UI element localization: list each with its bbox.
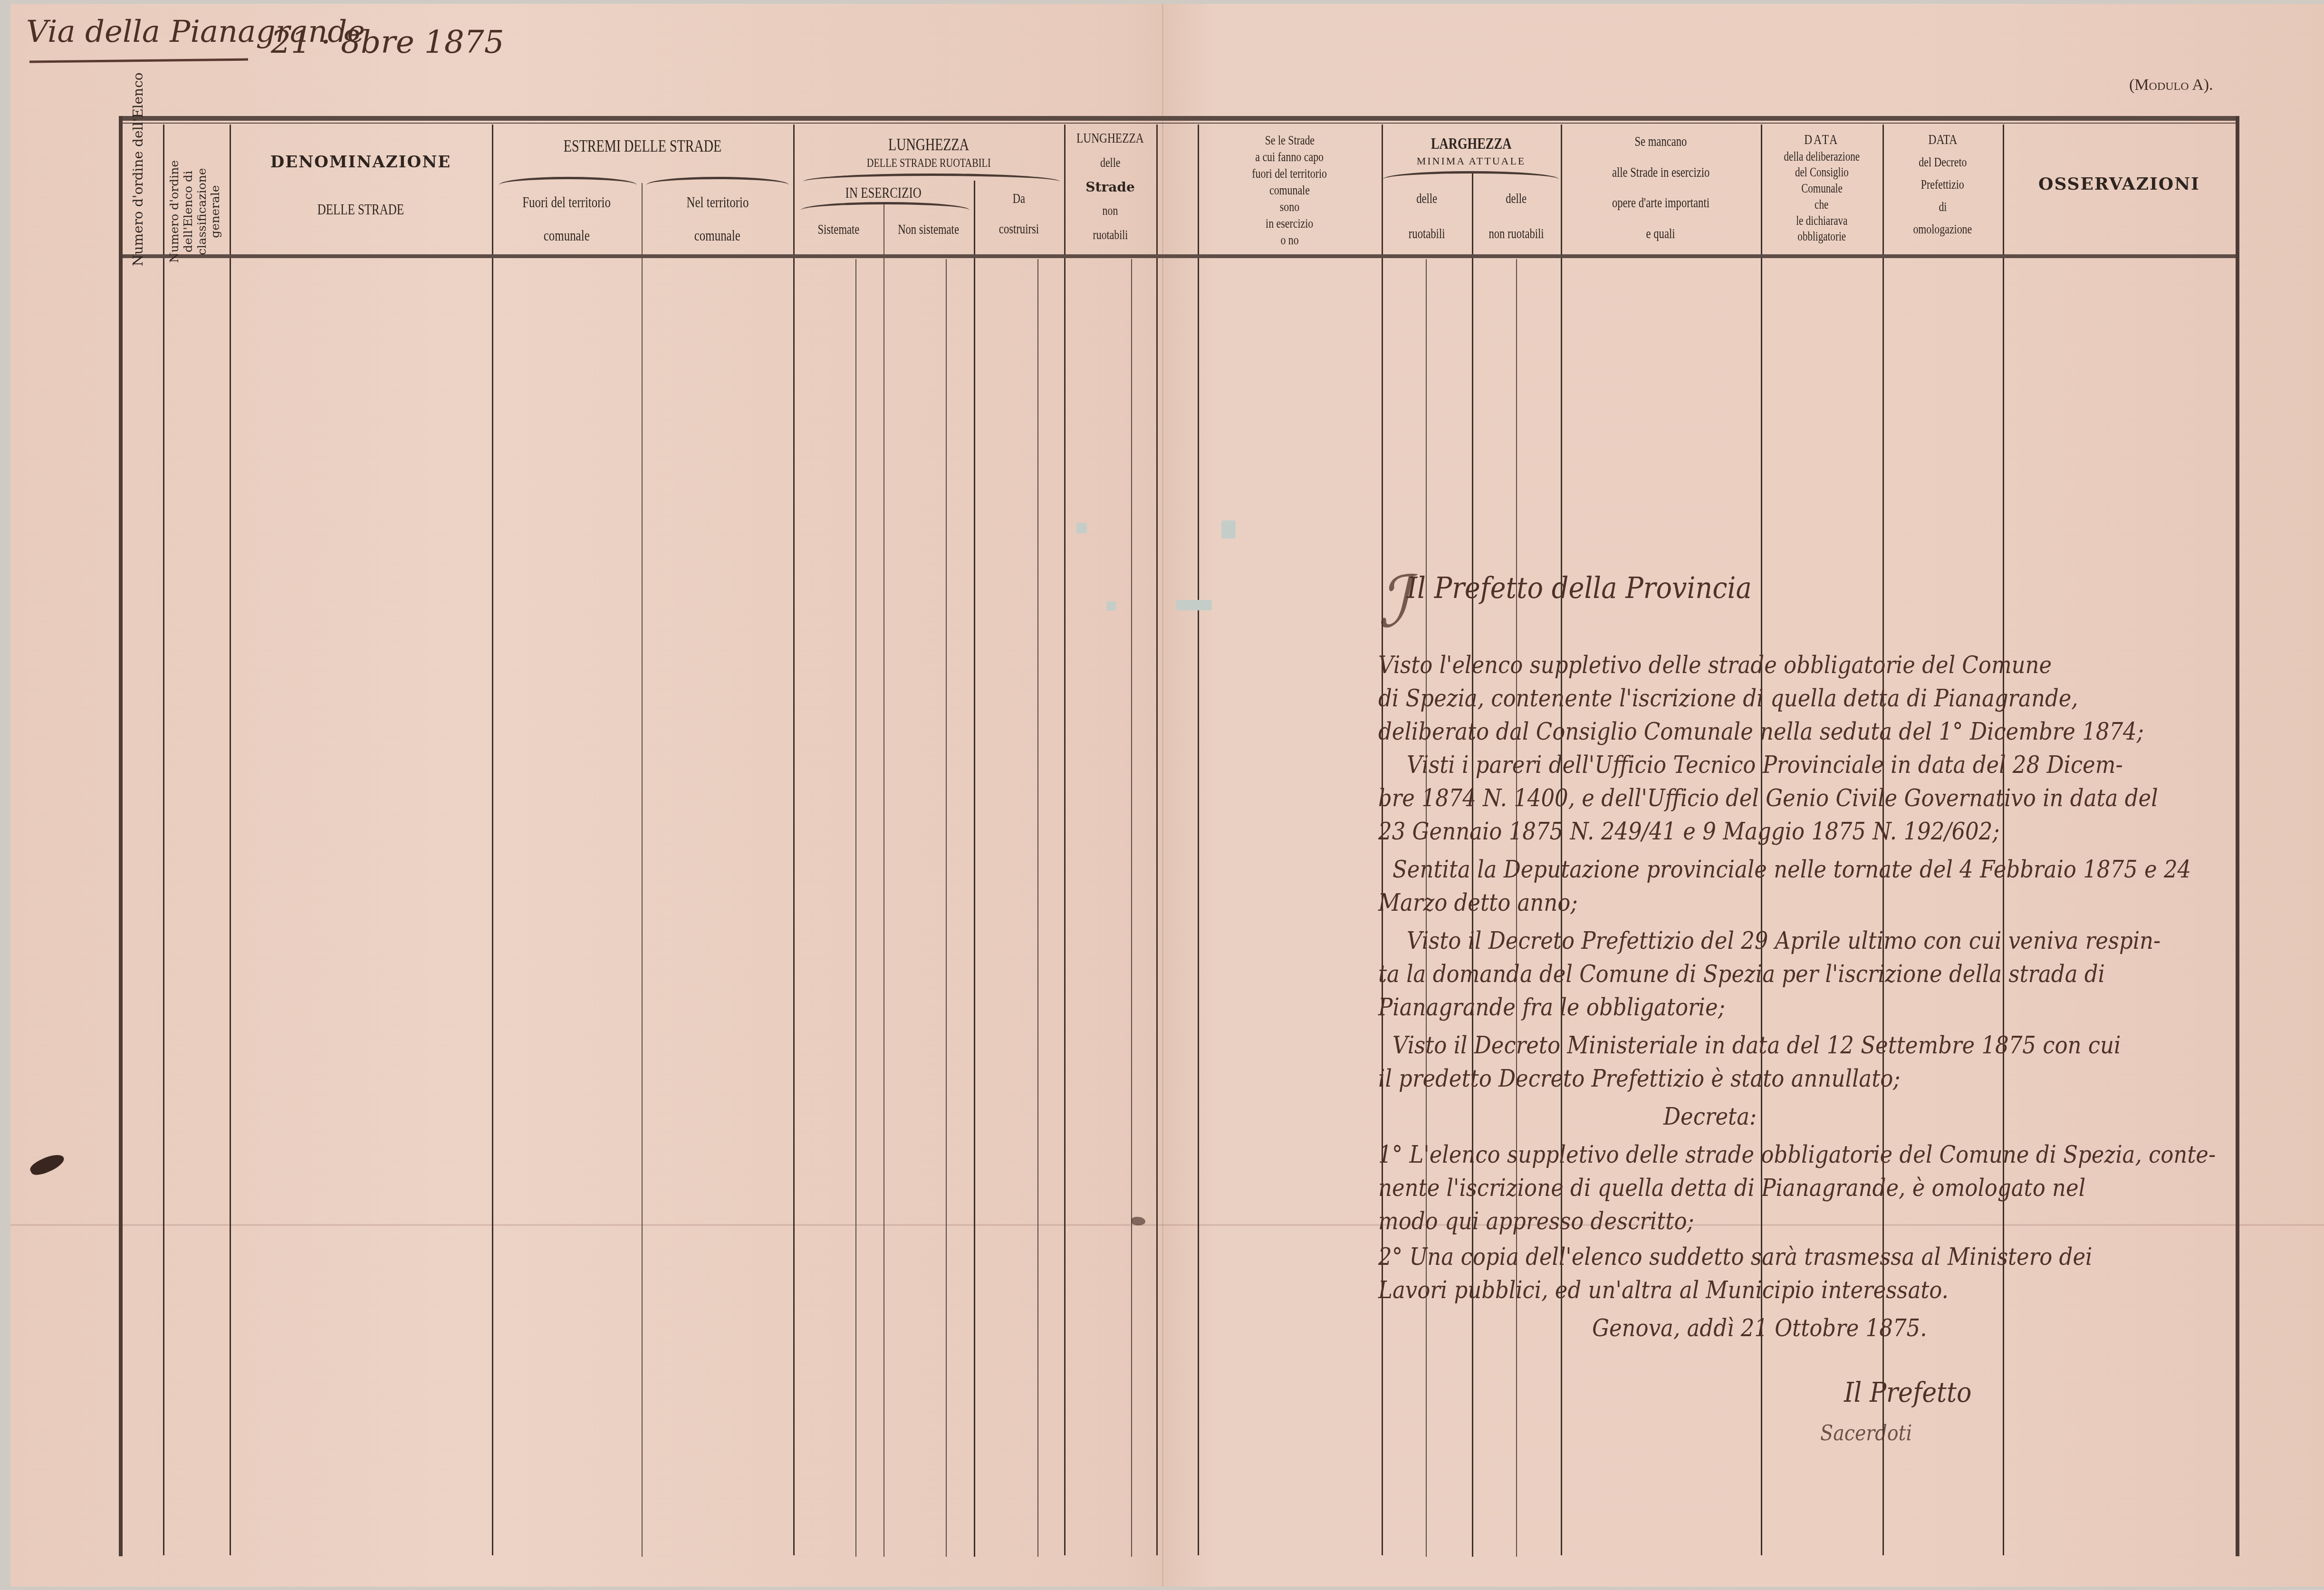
decree-line: 2° Una copia dell'elenco suddetto sarà t… — [1378, 1243, 2092, 1271]
header-estremi-fuori: Fuori del territorio comunale — [492, 193, 642, 245]
column-subrule — [855, 259, 856, 1557]
center-fold — [1162, 4, 1163, 1587]
header-label: delle — [1100, 154, 1120, 171]
header-label: opere d'arte importanti — [1612, 194, 1709, 212]
column-rule — [793, 125, 795, 1555]
decree-line: Visto l'elenco suppletivo delle strade o… — [1378, 651, 2052, 679]
signature-title: Il Prefetto — [1844, 1376, 1971, 1408]
header-larghezza-ruotabili: delle ruotabili — [1382, 190, 1472, 242]
header-label: delle — [1506, 190, 1527, 207]
header-se-le-strade: Se le Strade a cui fanno capo fuori del … — [1198, 132, 1382, 241]
decree-line: di Spezia, contenente l'iscrizione di qu… — [1378, 684, 2078, 712]
decree-line: bre 1874 N. 1400, e dell'Ufficio del Gen… — [1378, 784, 2158, 812]
header-label: DENOMINAZIONE — [270, 152, 451, 173]
header-label: ESTREMI DELLE STRADE — [564, 135, 721, 157]
header-estremi-nel: Nel territorio comunale — [642, 193, 793, 245]
header-denominazione: DENOMINAZIONE — [230, 152, 492, 173]
header-label: della deliberazione — [1784, 149, 1860, 165]
header-label: DELLE STRADE RUOTABILI — [867, 155, 991, 171]
header-label: sono — [1280, 199, 1299, 215]
date-annotation: 21 · 8bre 1875 — [271, 24, 504, 60]
header-bottom-rule — [123, 254, 2236, 258]
header-data-decreto: DATA del Decreto Prefettizio di omologaz… — [1882, 131, 2003, 238]
decree-line: 23 Gennaio 1875 N. 249/41 e 9 Maggio 187… — [1378, 818, 1999, 845]
header-label: Se le Strade — [1265, 132, 1314, 149]
decree-line: Visto il Decreto Ministeriale in data de… — [1392, 1031, 2121, 1059]
header-label: di — [1939, 199, 1947, 215]
paper-damage — [1176, 600, 1212, 610]
header-label: Strade — [1085, 179, 1134, 195]
header-larghezza-non-ruotabili: delle non ruotabili — [1472, 190, 1561, 242]
decree-heading: Il Prefetto della Provincia — [1407, 570, 1752, 605]
decree-line: deliberato dal Consiglio Comunale nella … — [1378, 718, 2144, 745]
header-label: omologazione — [1913, 221, 1972, 238]
header-label: DATA — [1928, 131, 1957, 149]
header-da-costruirsi: Da costruirsi — [974, 190, 1064, 238]
table-border-right — [2236, 116, 2239, 1556]
header-label: Sistemate — [817, 221, 859, 238]
decree-line: nente l'iscrizione di quella detta di Pi… — [1378, 1174, 2085, 1202]
header-non-sistemate: Non sistemate — [884, 221, 974, 238]
header-estremi: ESTREMI DELLE STRADE — [492, 135, 793, 157]
column-subrule — [1037, 259, 1038, 1557]
header-label: Da — [1013, 190, 1025, 207]
paper-damage — [1076, 523, 1087, 533]
decree-line: 1° L'elenco suppletivo delle strade obbl… — [1378, 1141, 2216, 1168]
decree-place-date: Genova, addì 21 Ottobre 1875. — [1592, 1314, 1927, 1342]
header-label: che — [1815, 197, 1828, 213]
header-label: del Decreto — [1919, 154, 1967, 171]
column-rule — [1064, 125, 1066, 1555]
header-label: ruotabili — [1093, 227, 1128, 243]
header-label: del Consiglio — [1795, 164, 1849, 181]
header-denominazione-sub: DELLE STRADE — [230, 200, 492, 219]
module-label: (Modulo A). — [2129, 76, 2213, 94]
column-rule — [492, 125, 493, 1555]
header-label: comunale — [694, 226, 740, 245]
header-label: non — [1103, 202, 1118, 219]
column-subrule — [946, 259, 947, 1557]
table-border-top-inner — [119, 123, 2239, 124]
decree-line: modo qui appresso descritto; — [1378, 1207, 1694, 1235]
decree-line: Visto il Decreto Prefettizio del 29 Apri… — [1407, 927, 2161, 954]
header-label: in esercizio — [1266, 215, 1313, 232]
header-label: DELLE STRADE — [317, 200, 404, 219]
decree-line: Lavori pubblici, ed un'altra al Municipi… — [1378, 1276, 1949, 1304]
header-data-deliberazione: DATA della deliberazione del Consiglio C… — [1761, 131, 1882, 238]
table-border-left — [119, 116, 123, 1556]
header-label: LUNGHEZZA — [888, 134, 969, 155]
header-label: Numero d'ordine dell'Elenco di classific… — [167, 160, 222, 263]
decree-decreta: Decreta: — [1663, 1103, 1757, 1130]
decree-line: Sentita la Deputazione provinciale nelle… — [1392, 856, 2191, 883]
decree-line: Visti i pareri dell'Ufficio Tecnico Prov… — [1407, 751, 2123, 779]
table-border-top — [119, 116, 2239, 121]
column-rule — [884, 204, 884, 1557]
column-rule — [974, 181, 975, 1557]
header-label: DATA — [1804, 131, 1839, 149]
column-rule — [2003, 125, 2004, 1555]
header-label: IN ESERCIZIO — [845, 183, 922, 202]
header-label: fuori del territorio — [1252, 165, 1327, 182]
header-sistemate: Sistemate — [793, 221, 884, 238]
header-label: Nel territorio — [686, 193, 749, 212]
decree-line: il predetto Decreto Prefettizio è stato … — [1378, 1065, 1900, 1092]
header-label: a cui fanno capo — [1256, 149, 1324, 165]
fold-crease — [10, 1224, 2324, 1226]
header-label: Prefettizio — [1921, 176, 1964, 193]
decree-initial: ℐ — [1378, 561, 1408, 644]
header-label: comunale — [1269, 182, 1310, 199]
header-label: alle Strade in esercizio — [1612, 164, 1709, 181]
paper-damage — [1221, 520, 1236, 539]
header-label: le dichiarava — [1796, 213, 1847, 229]
header-label: Fuori del territorio — [523, 193, 611, 212]
column-rule — [163, 125, 164, 1555]
header-label: obbligatorie — [1797, 229, 1846, 245]
paper-damage — [1106, 601, 1116, 611]
header-label: Se mancano — [1635, 133, 1687, 150]
header-label: e quali — [1646, 225, 1675, 242]
column-rule — [230, 125, 231, 1555]
header-in-esercizio: IN ESERCIZIO — [793, 183, 974, 202]
decree-line: ta la domanda del Comune di Spezia per l… — [1378, 960, 2105, 988]
column-rule — [642, 183, 643, 1557]
decree-line: Marzo detto anno; — [1378, 889, 1578, 916]
header-label: delle — [1416, 190, 1437, 207]
header-label: LARGHEZZA — [1431, 134, 1511, 154]
header-larghezza: LARGHEZZA MINIMA ATTUALE — [1382, 134, 1561, 167]
header-label: Numero d'ordine dell'Elenco — [130, 72, 146, 266]
header-label: costruirsi — [999, 221, 1039, 238]
header-osservazioni: OSSERVAZIONI — [2003, 173, 2236, 195]
header-label: comunale — [544, 226, 590, 245]
header-label: LUNGHEZZA — [1076, 129, 1144, 147]
header-lunghezza: LUNGHEZZA DELLE STRADE RUOTABILI — [793, 134, 1064, 171]
column-rule — [1198, 125, 1199, 1555]
decree-line: Pianagrande fra le obbligatorie; — [1378, 993, 1725, 1021]
header-label: o no — [1280, 232, 1298, 249]
column-subrule — [1131, 259, 1132, 1557]
header-label: non ruotabili — [1489, 225, 1544, 242]
header-label: OSSERVAZIONI — [2038, 173, 2200, 195]
header-numero-ordine-classificazione: Numero d'ordine dell'Elenco di classific… — [168, 149, 225, 275]
ink-blot — [1131, 1217, 1145, 1225]
column-rule — [1156, 125, 1158, 1555]
header-label: ruotabili — [1409, 225, 1445, 242]
header-label: Non sistemate — [898, 221, 960, 238]
header-label: MINIMA ATTUALE — [1417, 154, 1526, 168]
header-opere-arte: Se mancano alle Strade in esercizio oper… — [1561, 133, 1761, 242]
signature-name: Sacerdoti — [1820, 1421, 1912, 1445]
header-label: Comunale — [1801, 181, 1843, 197]
header-lunghezza-non-ruotabili: LUNGHEZZA delle Strade non ruotabili — [1064, 129, 1156, 243]
